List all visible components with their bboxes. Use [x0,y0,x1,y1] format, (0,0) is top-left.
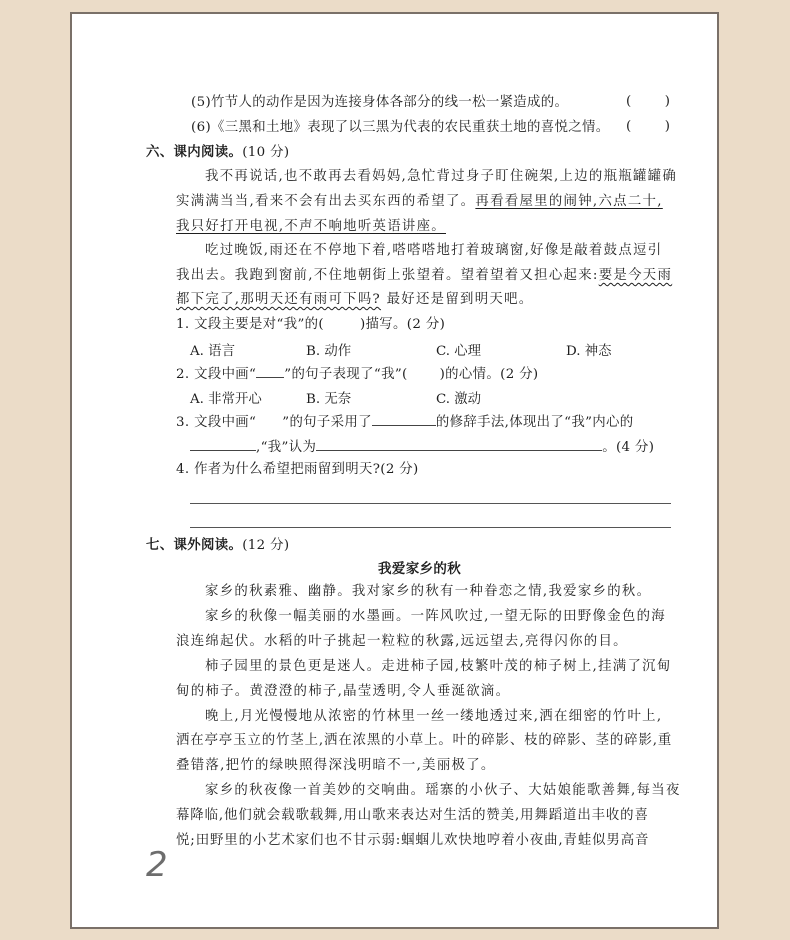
article-line: 叠错落,把竹的绿映照得深浅明暗不一,美丽极了。 [176,757,496,775]
underlined-sentence-part2: 我只好打开电视,不声不响地听英语讲座。 [176,218,446,236]
question-1: 1. 文段主要是对“我”的()描写。(2 分) [176,316,445,334]
article-line: 洒在亭亭玉立的竹茎上,洒在浓黑的小草上。叶的碎影、枝的碎影、茎的碎影,重 [176,732,672,750]
article-line: 柿子园里的景色更是迷人。走进柿子园,枝繁叶茂的柿子树上,挂满了沉甸 [205,658,672,676]
wavy-underline-marker: xx [256,414,282,432]
article-line: 家乡的秋像一幅美丽的水墨画。一阵风吹过,一望无际的田野像金色的海 [205,608,666,626]
article-line: 家乡的秋素雅、幽静。我对家乡的秋有一种眷恋之情,我爱家乡的秋。 [205,583,651,601]
wavy-sentence-part1: 要是今天雨 [599,268,672,283]
q1-option-b[interactable]: B. 动作 [306,340,351,359]
question-1-text-before: 1. 文段主要是对“我”的( [176,317,324,332]
wavy-sentence-part2: 都下完了,那明天还有雨可下吗? [176,292,381,307]
judgement-item-5: (5)竹节人的动作是因为连接身体各部分的线一松一紧造成的。 [191,94,568,112]
article-line: 甸的柿子。黄澄澄的柿子,晶莹透明,令人垂涎欲滴。 [176,683,510,701]
q1-option-d[interactable]: D. 神态 [566,340,612,359]
q2-option-c[interactable]: C. 激动 [436,388,481,407]
question-1-text-after: )描写。(2 分) [360,317,445,332]
section6-title: 六、课内阅读。 [146,145,242,160]
rhetoric-answer-blank[interactable] [372,412,436,426]
passage-p2-line2: 我出去。我跑到窗前,不住地朝街上张望着。望着望着又担心起来:要是今天雨 [176,267,672,285]
q1-option-c[interactable]: C. 心理 [436,340,481,359]
question-2-text-mid: ”的句子表现了“我”( [284,367,407,382]
section6-score: (10 分) [242,145,289,160]
q2-option-b[interactable]: B. 无奈 [306,388,351,407]
passage-p1-line2-plain: 实满满当当,看来不会有出去买东西的希望了。 [176,194,475,209]
judgement-item-6: (6)《三黑和土地》表现了以三黑为代表的农民重获土地的喜悦之情。 [191,119,610,137]
question-3-line1: 3. 文段中画“xx”的句子采用了的修辞手法,体现出了“我”内心的 [176,412,634,432]
section7-title: 七、课外阅读。 [146,538,242,553]
question-3-line2: ,“我”认为。(4 分) [190,437,654,457]
article-line: 晚上,月光慢慢地从浓密的竹林里一丝一缕地透过来,洒在细密的竹叶上, [205,708,662,726]
q2-option-a[interactable]: A. 非常开心 [190,388,262,407]
article-line: 家乡的秋夜像一首美妙的交响曲。瑶寨的小伙子、大姑娘能歌善舞,每当夜 [205,782,681,800]
feeling-answer-blank[interactable] [190,437,256,451]
passage-p1-line1: 我不再说话,也不敢再去看妈妈,急忙背过身子盯住碗架,上边的瓶瓶罐罐确 [205,168,677,186]
question-4-answer-line-1[interactable] [190,503,671,504]
q1-option-a[interactable]: A. 语言 [190,340,235,359]
question-2-text-after: )的心情。(2 分) [440,367,539,382]
article-line: 悦;田野里的小艺术家们也不甘示弱:蝈蝈儿欢快地哼着小夜曲,青蛙似男高音 [176,832,649,850]
straight-underline-marker [256,364,284,378]
question-4: 4. 作者为什么希望把雨留到明天?(2 分) [176,461,419,479]
passage-p2-line3: 都下完了,那明天还有雨可下吗? 最好还是留到明天吧。 [176,291,533,309]
article-line: 幕降临,他们就会载歌载舞,用山歌来表达对生活的赞美,用舞蹈道出丰收的喜 [176,807,649,825]
article-line: 浪连绵起伏。水稻的叶子挑起一粒粒的秋露,远远望去,亮得闪你的目。 [176,633,628,651]
section7-heading: 七、课外阅读。(12 分) [146,537,289,555]
question-3-text-before: 3. 文段中画“ [176,415,256,430]
section6-heading: 六、课内阅读。(10 分) [146,144,289,162]
question-3-line2-after: 。(4 分) [602,440,654,455]
section7-score: (12 分) [242,538,289,553]
question-4-answer-line-2[interactable] [190,527,671,528]
passage-p2-line1: 吃过晚饭,雨还在不停地下着,嗒嗒嗒地打着玻璃窗,好像是敲着鼓点逗引 [205,242,662,260]
article-title: 我爱家乡的秋 [378,560,461,578]
opinion-answer-blank[interactable] [316,437,602,451]
passage-p2-line2-plain: 我出去。我跑到窗前,不住地朝街上张望着。望着望着又担心起来: [176,268,599,283]
question-3-text-after: 的修辞手法,体现出了“我”内心的 [436,415,634,430]
question-2: 2. 文段中画“”的句子表现了“我”()的心情。(2 分) [176,364,539,384]
passage-p2-line3-plain: 最好还是留到明天吧。 [387,292,534,307]
question-2-text-before: 2. 文段中画“ [176,367,256,382]
underlined-sentence-part1: 再看看屋里的闹钟,六点二十, [475,194,662,209]
page-number: 2 [146,845,168,885]
passage-p1-line2: 实满满当当,看来不会有出去买东西的希望了。再看看屋里的闹钟,六点二十, [176,193,663,211]
question-3-line2-mid: ,“我”认为 [256,440,316,455]
question-3-text-mid: ”的句子采用了 [282,415,372,430]
